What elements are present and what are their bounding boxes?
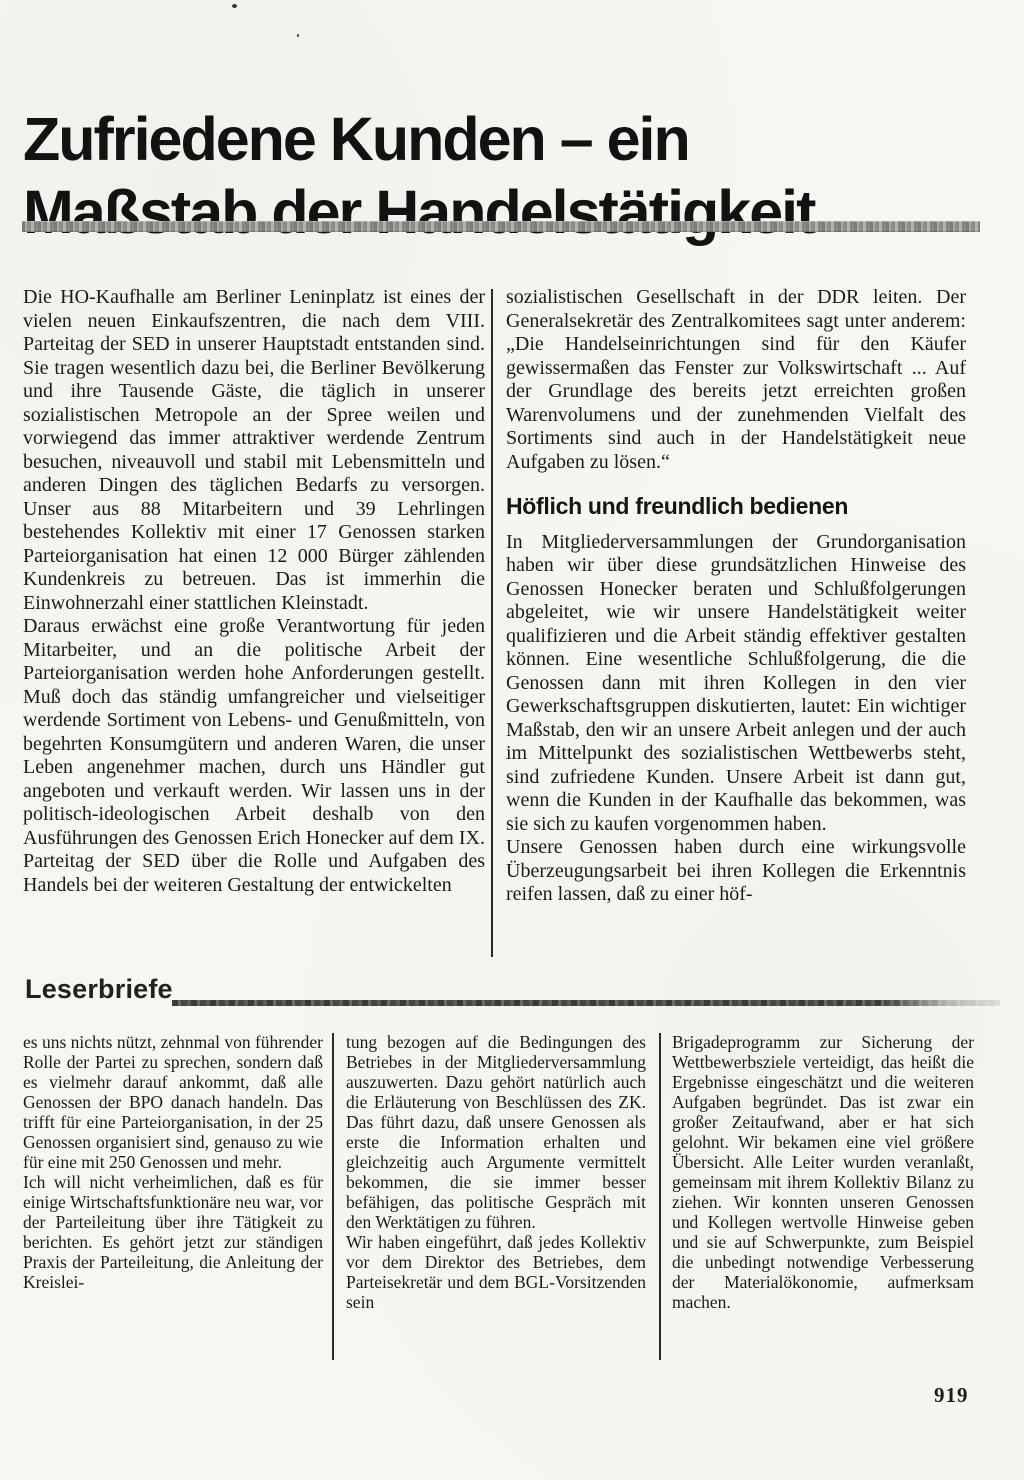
- letter-paragraph: Brigadeprogramm zur Sicherung der Wettbe…: [672, 1032, 974, 1312]
- article-subheading: Höflich und freundlich bedienen: [506, 495, 966, 519]
- letter-paragraph: Wir haben eingeführt, daß jedes Kollekti…: [346, 1232, 646, 1312]
- article-paragraph: sozialistischen Gesellschaft in der DDR …: [506, 286, 966, 474]
- scan-speck: [232, 4, 237, 8]
- letter-paragraph: tung bezogen auf die Bedingungen des Bet…: [346, 1032, 646, 1232]
- article-column-right: sozialistischen Gesellschaft in der DDR …: [506, 286, 966, 907]
- letters-section-heading: Leserbriefe: [25, 974, 173, 1005]
- letters-column-3: Brigadeprogramm zur Sicherung der Wettbe…: [672, 1032, 974, 1312]
- article-column-left: Die HO-Kaufhalle am Berliner Leninplatz …: [23, 286, 485, 897]
- page-number: 919: [934, 1383, 969, 1408]
- column-divider: [491, 289, 493, 957]
- column-divider: [659, 1033, 661, 1360]
- article-paragraph: Daraus erwächst eine große Verantwortung…: [23, 615, 485, 897]
- letters-column-1: es uns nichts nützt, zehnmal von führend…: [23, 1032, 323, 1292]
- headline-line-2: Maßstab der Handelstätigkeit: [23, 176, 814, 249]
- article-paragraph: In Mitgliederversammlungen der Grundorga…: [506, 531, 966, 837]
- headline-rule: [22, 221, 980, 232]
- column-divider: [332, 1033, 334, 1360]
- article-paragraph: Unsere Genossen haben durch eine wirkung…: [506, 836, 966, 907]
- headline-line-1: Zufriedene Kunden – ein: [23, 103, 814, 176]
- letters-section-rule: [172, 1000, 1000, 1006]
- magazine-page: Zufriedene Kunden – ein Maßstab der Hand…: [0, 0, 1024, 1480]
- letter-paragraph: Ich will nicht verheimlichen, daß es für…: [23, 1172, 323, 1292]
- article-paragraph: Die HO-Kaufhalle am Berliner Leninplatz …: [23, 286, 485, 615]
- letter-paragraph: es uns nichts nützt, zehnmal von führend…: [23, 1032, 323, 1172]
- letters-column-2: tung bezogen auf die Bedingungen des Bet…: [346, 1032, 646, 1312]
- scan-speck: [297, 34, 299, 37]
